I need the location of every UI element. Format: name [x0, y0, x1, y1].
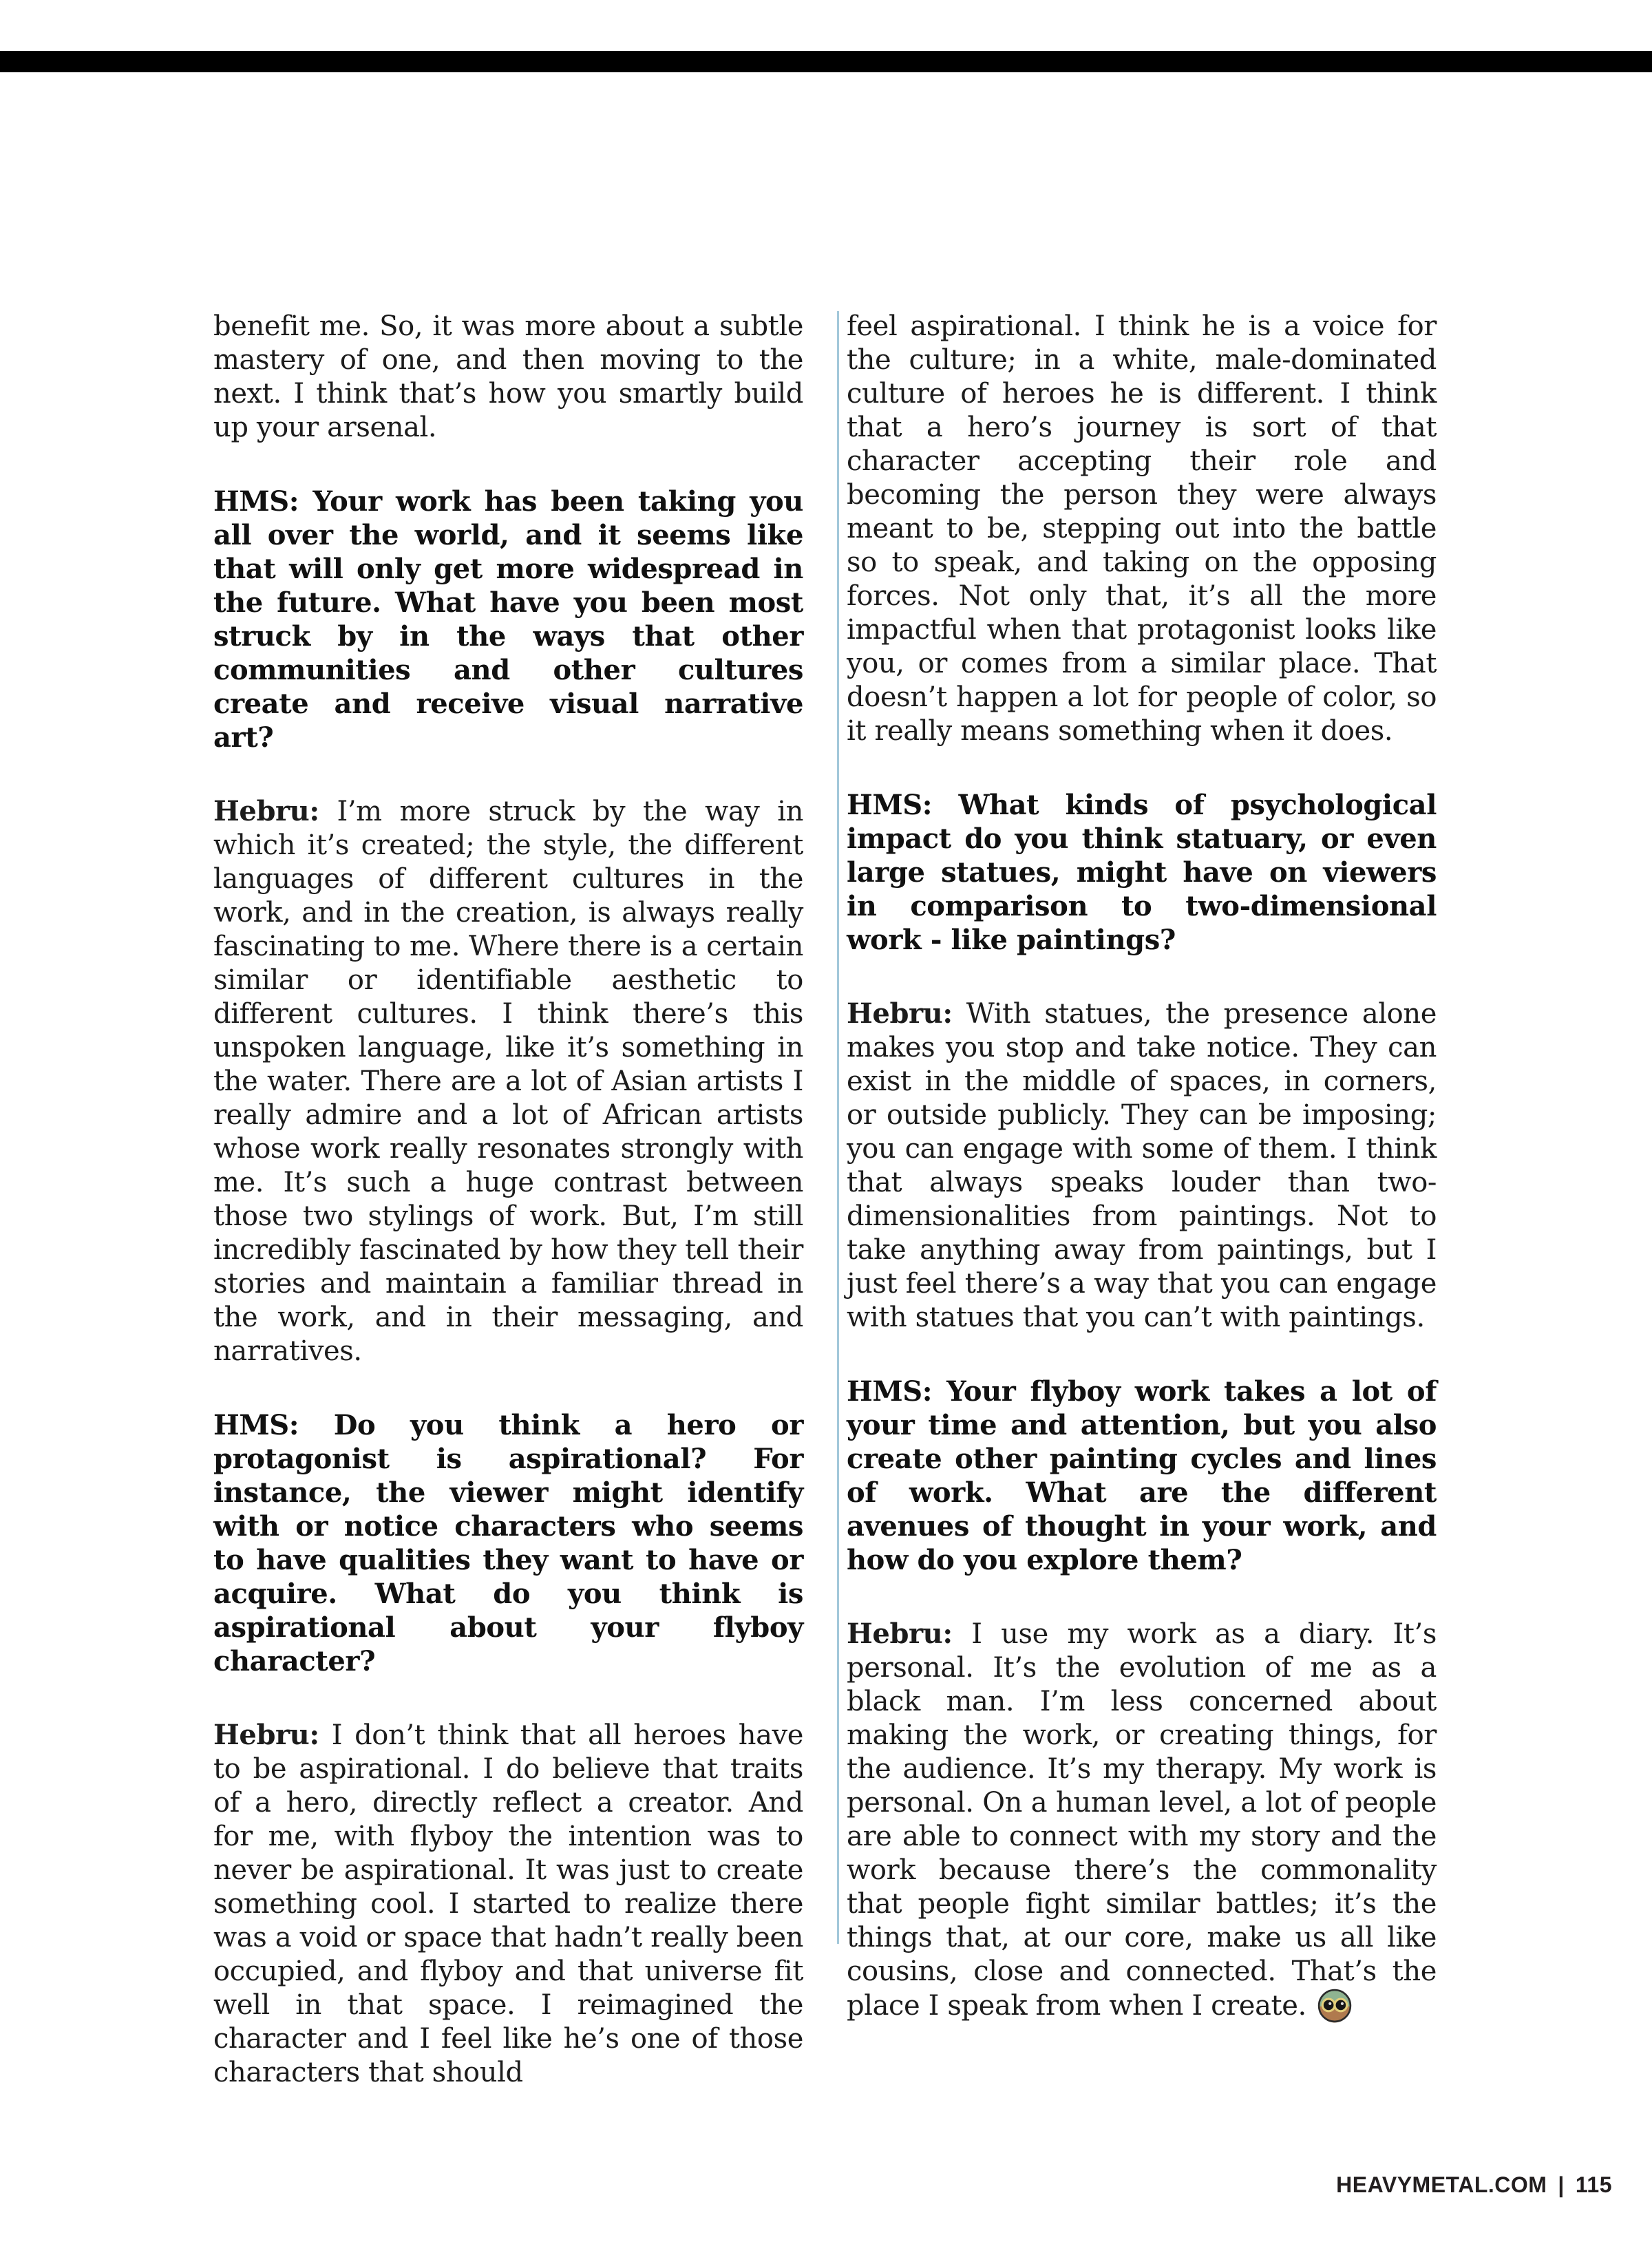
article-column-right: feel aspirational. I think he is a voice… [847, 310, 1437, 2023]
page-footer: HEAVYMETAL.COM | 115 [1336, 2172, 1612, 2198]
column-divider-rule [837, 311, 839, 1944]
footer-site-url: HEAVYMETAL.COM [1336, 2172, 1547, 2198]
flyboy-head-icon [1317, 1989, 1352, 2023]
question-paragraph: HMS: Your work has been taking you all o… [213, 485, 803, 754]
speaker-label: Hebru: [213, 1719, 319, 1751]
answer-paragraph: Hebru: I’m more struck by the way in whi… [213, 794, 803, 1368]
answer-text: I don’t think that all heroes have to be… [213, 1719, 803, 2088]
article-column-left: benefit me. So, it was more about a subt… [213, 310, 803, 2090]
question-paragraph: HMS: Do you think a hero or protagonist … [213, 1408, 803, 1678]
question-paragraph: HMS: What kinds of psychological impact … [847, 788, 1437, 957]
answer-paragraph: Hebru: I don’t think that all heroes hav… [213, 1718, 803, 2090]
answer-paragraph: Hebru: With statues, the presence alone … [847, 997, 1437, 1335]
footer-separator: | [1558, 2172, 1564, 2198]
flyboy-goggle-glint [1328, 2002, 1331, 2005]
speaker-label: Hebru: [847, 1618, 953, 1650]
answer-paragraph: benefit me. So, it was more about a subt… [213, 310, 803, 445]
answer-text: benefit me. So, it was more about a subt… [213, 310, 803, 443]
speaker-label: Hebru: [847, 997, 953, 1030]
answer-text: With statues, the presence alone makes y… [847, 998, 1437, 1333]
answer-text: feel aspirational. I think he is a voice… [847, 310, 1437, 747]
answer-paragraph: feel aspirational. I think he is a voice… [847, 310, 1437, 748]
answer-text: I use my work as a diary. It’s personal.… [847, 1618, 1437, 2022]
footer-page-number: 115 [1576, 2172, 1612, 2198]
top-rule [0, 51, 1652, 72]
answer-text: I’m more struck by the way in which it’s… [213, 796, 803, 1367]
speaker-label: Hebru: [213, 795, 319, 827]
question-paragraph: HMS: Your flyboy work takes a lot of you… [847, 1375, 1437, 1577]
flyboy-goggle-glint [1341, 2002, 1344, 2005]
answer-paragraph: Hebru: I use my work as a diary. It’s pe… [847, 1617, 1437, 2023]
